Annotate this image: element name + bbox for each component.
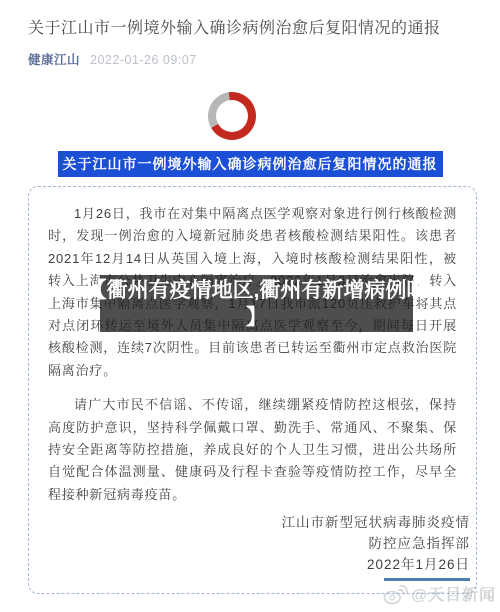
- caption-line1: 【衢州有疫情地区,衢州有新增病例吗: [86, 277, 428, 304]
- article-meta: 健康江山 2022-01-26 09:07: [28, 50, 197, 68]
- caption-line2: 】: [246, 304, 267, 331]
- weibo-icon: [382, 583, 408, 605]
- signature-underline: [384, 578, 470, 581]
- signature-org-line1: 江山市新型冠状病毒肺炎疫情: [282, 512, 471, 533]
- source-account-link[interactable]: 健康江山: [28, 50, 80, 68]
- page-title: 关于江山市一例境外输入确诊病例治愈后复阳情况的通报: [28, 18, 458, 40]
- ring-logo-icon: [208, 92, 256, 140]
- notice-banner-title: 关于江山市一例境外输入确诊病例治愈后复阳情况的通报: [58, 151, 443, 177]
- banner-row: 关于江山市一例境外输入确诊病例治愈后复阳情况的通报: [0, 151, 500, 177]
- signature-block: 江山市新型冠状病毒肺炎疫情 防控应急指挥部 2022年1月26日: [282, 512, 471, 575]
- article-page: 关于江山市一例境外输入确诊病例治愈后复阳情况的通报 健康江山 2022-01-2…: [0, 0, 500, 612]
- watermark: @天目新闻: [382, 582, 496, 605]
- caption-overlay: 【衢州有疫情地区,衢州有新增病例吗 】: [100, 275, 413, 332]
- publish-date: 2022-01-26 09:07: [90, 53, 197, 67]
- signature-org-line2: 防控应急指挥部: [282, 533, 471, 554]
- signature-date: 2022年1月26日: [282, 554, 471, 575]
- notice-paragraph: 请广大市民不信谣、不传谣，继续绷紧疫情防控这根弦，保持高度防护意识，坚持科学佩戴…: [48, 394, 457, 506]
- watermark-text: @天目新闻: [411, 582, 496, 605]
